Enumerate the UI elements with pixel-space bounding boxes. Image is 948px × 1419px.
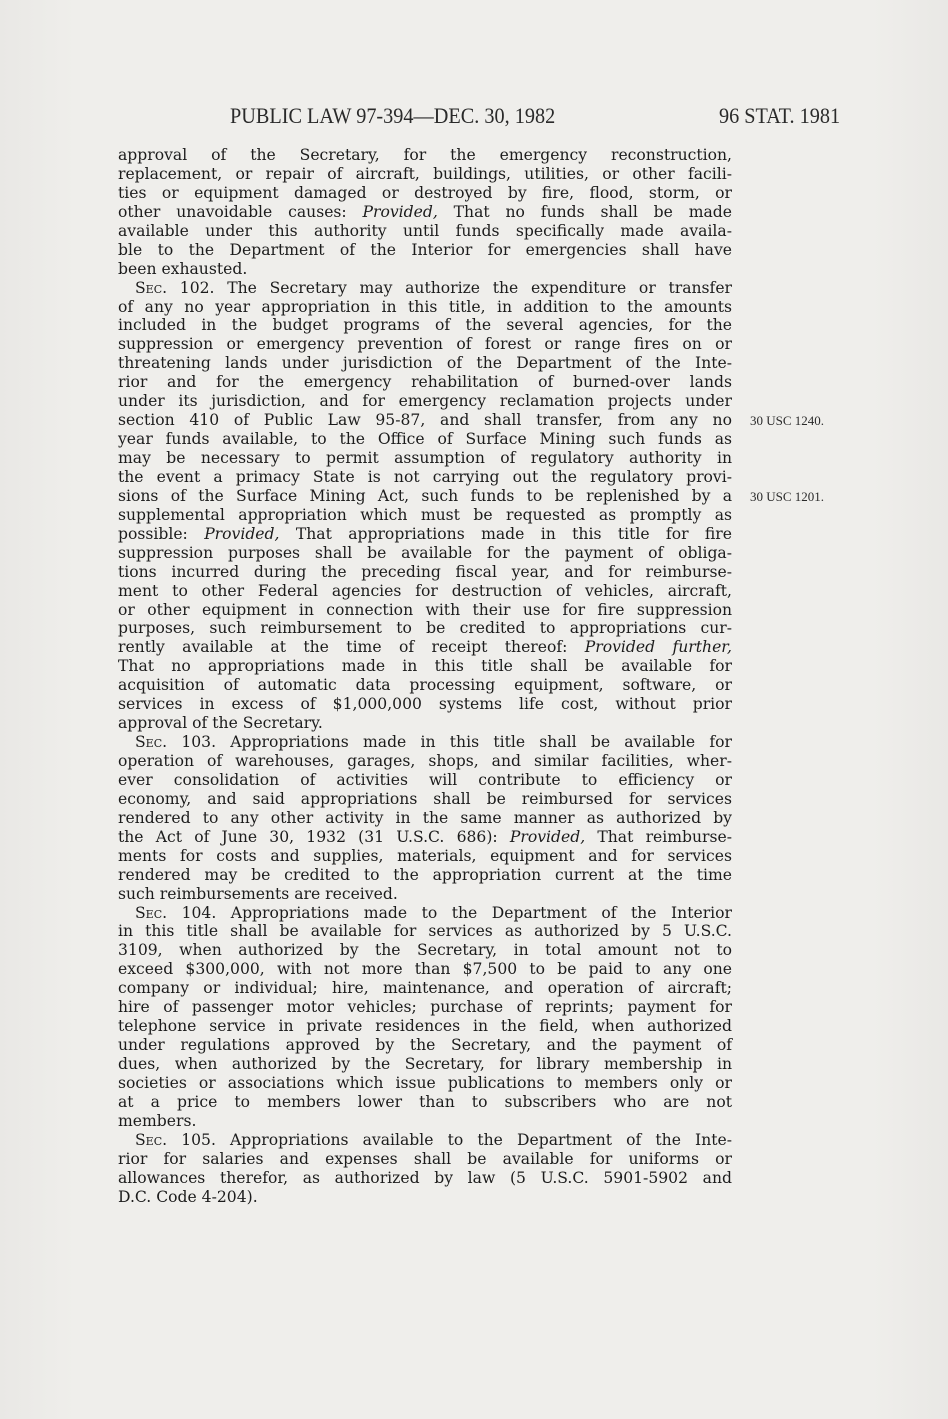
- text-line: rendered may be credited to the appropri…: [118, 866, 732, 885]
- section-label: Sec. 103.: [135, 733, 216, 751]
- section-label: Sec. 104.: [135, 904, 216, 922]
- text-line: ties or equipment damaged or destroyed b…: [118, 184, 732, 203]
- text-line: approval of the Secretary.: [118, 714, 732, 733]
- text-line: ment to other Federal agencies for destr…: [118, 582, 732, 601]
- text-line: under its jurisdiction, and for emergenc…: [118, 392, 732, 411]
- text-line: hire of passenger motor vehicles; purcha…: [118, 998, 732, 1017]
- text-line: included in the budget programs of the s…: [118, 316, 732, 335]
- text-line: possible: Provided, That appropriations …: [118, 525, 732, 544]
- proviso-italic: Provided,: [204, 525, 279, 543]
- text-line: suppression purposes shall be available …: [118, 544, 732, 563]
- text-line: services in excess of $1,000,000 systems…: [118, 695, 732, 714]
- text-line: under regulations approved by the Secret…: [118, 1036, 732, 1055]
- text-line: operation of warehouses, garages, shops,…: [118, 752, 732, 771]
- text-line: D.C. Code 4-204).: [118, 1188, 732, 1207]
- section-102: Sec. 102. The Secretary may authorize th…: [118, 279, 732, 734]
- text-line: exceed $300,000, with not more than $7,5…: [118, 960, 732, 979]
- text-line: at a price to members lower than to subs…: [118, 1093, 732, 1112]
- text-line: the Act of June 30, 1932 (31 U.S.C. 686)…: [118, 828, 732, 847]
- text-line: company or individual; hire, maintenance…: [118, 979, 732, 998]
- text-line: economy, and said appropriations shall b…: [118, 790, 732, 809]
- text-line: Sec. 105. Appropriations available to th…: [118, 1131, 732, 1150]
- text-line: rior for salaries and expenses shall be …: [118, 1150, 732, 1169]
- text-line: sions of the Surface Mining Act, such fu…: [118, 487, 732, 506]
- text-line: dues, when authorized by the Secretary, …: [118, 1055, 732, 1074]
- margin-note-citation: 30 USC 1240.: [750, 413, 824, 429]
- proviso-italic: Provided further,: [585, 638, 732, 656]
- text-line: replacement, or repair of aircraft, buil…: [118, 165, 732, 184]
- section-label: Sec. 105.: [135, 1131, 216, 1149]
- proviso-italic: Provided,: [363, 203, 438, 221]
- section-103: Sec. 103. Appropriations made in this ti…: [118, 733, 732, 903]
- document-page: PUBLIC LAW 97-394—DEC. 30, 1982 96 STAT.…: [0, 0, 948, 1419]
- text-line: rendered to any other activity in the sa…: [118, 809, 732, 828]
- text-line: Sec. 103. Appropriations made in this ti…: [118, 733, 732, 752]
- text-line: ever consolidation of activities will co…: [118, 771, 732, 790]
- text-line: or other equipment in connection with th…: [118, 601, 732, 620]
- text-line: rior and for the emergency rehabilitatio…: [118, 373, 732, 392]
- text-line: tions incurred during the preceding fisc…: [118, 563, 732, 582]
- text-line: allowances therefor, as authorized by la…: [118, 1169, 732, 1188]
- text-line: members.: [118, 1112, 732, 1131]
- section-104: Sec. 104. Appropriations made to the Dep…: [118, 904, 732, 1131]
- text-line: Sec. 102. The Secretary may authorize th…: [118, 279, 732, 298]
- proviso-italic: Provided,: [510, 828, 585, 846]
- section-105: Sec. 105. Appropriations available to th…: [118, 1131, 732, 1207]
- text-line: such reimbursements are received.: [118, 885, 732, 904]
- text-line: rently available at the time of receipt …: [118, 638, 732, 657]
- page-header: PUBLIC LAW 97-394—DEC. 30, 1982 96 STAT.…: [0, 103, 948, 133]
- text-line: Sec. 104. Appropriations made to the Dep…: [118, 904, 732, 923]
- text-line: threatening lands under jurisdiction of …: [118, 354, 732, 373]
- text-line: acquisition of automatic data processing…: [118, 676, 732, 695]
- section-label: Sec. 102.: [135, 279, 215, 297]
- margin-note-citation: 30 USC 1201.: [750, 489, 824, 505]
- text-line: may be necessary to permit assumption of…: [118, 449, 732, 468]
- text-line: available under this authority until fun…: [118, 222, 732, 241]
- text-line: That no appropriations made in this titl…: [118, 657, 732, 676]
- paragraph-continuation: approval of the Secretary, for the emerg…: [118, 146, 732, 279]
- text-line: ble to the Department of the Interior fo…: [118, 241, 732, 260]
- text-line: year funds available, to the Office of S…: [118, 430, 732, 449]
- text-line: societies or associations which issue pu…: [118, 1074, 732, 1093]
- body-text: approval of the Secretary, for the emerg…: [118, 146, 732, 1207]
- text-line: other unavoidable causes: Provided, That…: [118, 203, 732, 222]
- text-line: purposes, such reimbursement to be credi…: [118, 619, 732, 638]
- text-line: approval of the Secretary, for the emerg…: [118, 146, 732, 165]
- text-line: section 410 of Public Law 95-87, and sha…: [118, 411, 732, 430]
- text-line: suppression or emergency prevention of f…: [118, 335, 732, 354]
- text-line: 3109, when authorized by the Secretary, …: [118, 941, 732, 960]
- text-line: supplemental appropriation which must be…: [118, 506, 732, 525]
- text-line: in this title shall be available for ser…: [118, 922, 732, 941]
- text-line: of any no year appropriation in this tit…: [118, 298, 732, 317]
- text-line: telephone service in private residences …: [118, 1017, 732, 1036]
- statute-page-number: 96 STAT. 1981: [719, 103, 840, 129]
- running-head: PUBLIC LAW 97-394—DEC. 30, 1982: [230, 103, 555, 129]
- text-line: been exhausted.: [118, 260, 732, 279]
- text-line: the event a primacy State is not carryin…: [118, 468, 732, 487]
- text-line: ments for costs and supplies, materials,…: [118, 847, 732, 866]
